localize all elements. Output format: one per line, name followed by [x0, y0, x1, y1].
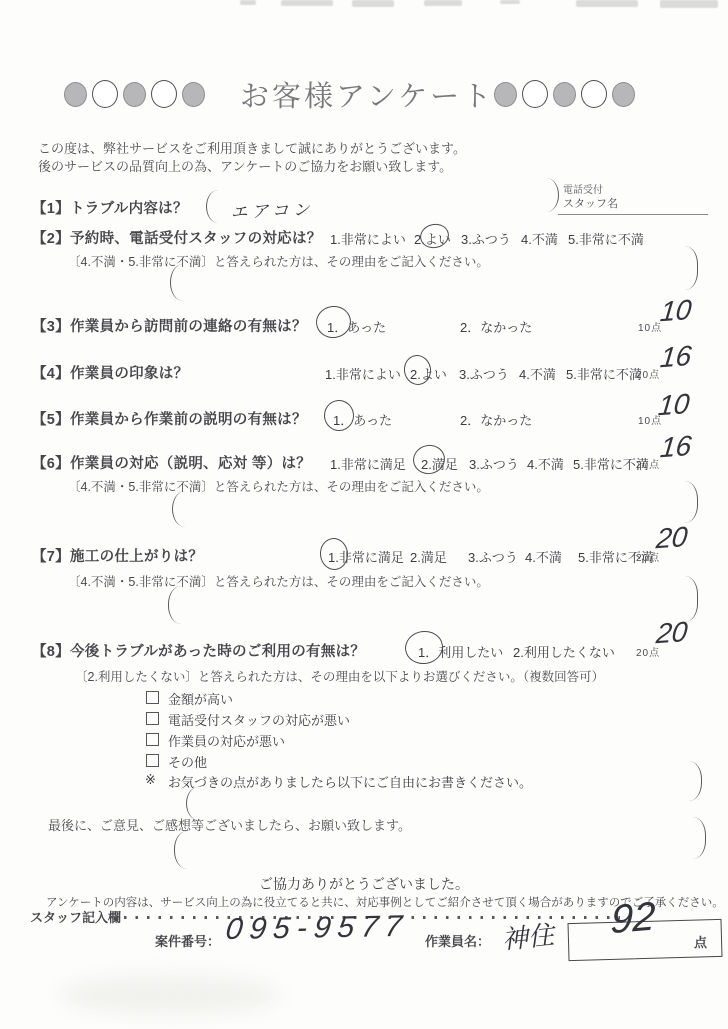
- question-8-label: 【8】今後トラブルがあった時のご利用の有無は？: [32, 640, 365, 661]
- circle-icon: [522, 80, 548, 108]
- circle-icon: [581, 80, 607, 108]
- case-number-handwritten: 095-9577: [224, 910, 411, 947]
- scan-artifact: [500, 0, 520, 4]
- q7-option-2: 2.満足: [410, 547, 447, 566]
- circle-icon: [553, 82, 576, 107]
- q4-points-label: 20点: [636, 366, 660, 381]
- question-6-label: 【6】作業員の対応（説明、応対 等）は？: [32, 452, 311, 473]
- staff-box-line2: スタッフ名: [563, 195, 618, 211]
- scan-artifact: [281, 0, 333, 6]
- intro-line-1: この度は、弊社サービスをご利用頂きまして誠にありがとうございます。: [38, 138, 466, 157]
- q7-selection-circle: [318, 537, 349, 572]
- q6-freeform-bracket-open: [172, 491, 186, 527]
- q6-option-3: 3.ふつう: [469, 454, 519, 473]
- q7-option-3: 3.ふつう: [468, 547, 518, 566]
- staff-entry-label: スタッフ記入欄: [30, 907, 121, 926]
- circle-icon: [92, 80, 118, 108]
- case-number-label: 案件番号：: [155, 931, 220, 950]
- q8-free-note: お気づきの点がありましたら以下にご自由にお書きください。: [168, 772, 532, 791]
- circle-icon: [494, 82, 517, 107]
- q8-checkbox-4-label: その他: [168, 752, 207, 771]
- q6-handwritten-score: 16: [659, 430, 693, 464]
- q8-free-note-mark: ※: [145, 772, 156, 788]
- q7-handwritten-score: 20: [655, 521, 689, 555]
- staff-box-bracket: [545, 178, 559, 212]
- q5-option-2: 2．なかった: [460, 410, 532, 429]
- q8-option-2: 2.利用したくない: [513, 642, 615, 661]
- q4-option-1: 1.非常によい: [325, 364, 401, 383]
- q8-checkbox-2-label: 電話受付スタッフの対応が悪い: [168, 710, 350, 729]
- question-5-label: 【5】作業員から作業前の説明の有無は？: [32, 408, 307, 429]
- q8-reason-note: 〔2.利用したくない〕と答えられた方は、その理由を以下よりお選びください。（複数…: [75, 667, 604, 685]
- score-handwritten: 92: [610, 894, 657, 943]
- q3-option-2: 2．なかった: [460, 317, 532, 336]
- decorative-circles-right: [494, 80, 635, 108]
- scan-smudge: [60, 975, 280, 1015]
- q8-freeform-bracket-close: [688, 761, 702, 801]
- circle-icon: [612, 82, 635, 107]
- circle-icon: [64, 82, 87, 107]
- q4-handwritten-score: 16: [659, 340, 693, 374]
- question-7-label: 【7】施工の仕上がりは？: [32, 545, 203, 566]
- scan-artifact: [352, 0, 394, 7]
- staff-name-line: [558, 214, 708, 215]
- q6-freeform-bracket-close: [684, 481, 698, 523]
- question-4-label: 【4】作業員の印象は？: [32, 362, 188, 383]
- q2-freeform-bracket-close: [684, 246, 698, 290]
- q7-freeform-bracket-open: [168, 586, 182, 624]
- survey-form-scan: お客様アンケート この度は、弊社サービスをご利用頂きまして誠にありがとうございま…: [0, 0, 728, 1029]
- answer-bracket-open: [206, 190, 220, 223]
- scan-artifact: [424, 0, 462, 6]
- q8-checkbox-2: [146, 712, 159, 725]
- question-2-label: 【2】予約時、電話受付スタッフの対応は？: [32, 227, 322, 248]
- final-prompt: 最後に、ご意見、ご感想等ございましたら、お願い致します。: [48, 815, 411, 834]
- thanks-text: ご協力ありがとうございました。: [0, 874, 728, 894]
- page-title: お客様アンケート: [240, 74, 494, 115]
- q8-checkbox-4: [146, 754, 159, 767]
- q6-option-4: 4.不満: [527, 454, 564, 473]
- q5-handwritten-score: 10: [657, 388, 691, 422]
- q6-points-label: 20点: [636, 456, 660, 471]
- score-unit: 点: [694, 932, 707, 951]
- q4-option-3: 3.ふつう: [459, 364, 509, 383]
- q2-option-4: 4.不満: [521, 229, 558, 248]
- q7-reason-note: 〔4.不満・5.非常に不満〕と答えられた方は、その理由をご記入ください。: [68, 572, 489, 590]
- staff-box-line1: 電話受付: [563, 181, 603, 196]
- final-freeform-bracket-close: [692, 817, 706, 859]
- question-3-label: 【3】作業員から訪問前の連絡の有無は？: [32, 315, 307, 336]
- q2-option-3: 3.ふつう: [461, 229, 511, 248]
- q8-checkbox-3: [146, 733, 159, 746]
- question-1-label: 【1】トラブル内容は？: [32, 197, 188, 218]
- q2-option-1: 1.非常によい: [330, 229, 406, 248]
- q2-reason-note: 〔4.不満・5.非常に不満〕と答えられた方は、その理由をご記入ください。: [68, 252, 489, 270]
- q8-checkbox-1-label: 金額が高い: [168, 689, 233, 708]
- q6-reason-note: 〔4.不満・5.非常に不満〕と答えられた方は、その理由をご記入ください。: [68, 477, 489, 495]
- final-freeform-bracket-open: [174, 831, 188, 869]
- q7-option-4: 4.不満: [525, 547, 562, 566]
- worker-name-handwritten: 神住: [500, 915, 556, 957]
- scan-artifact: [660, 0, 718, 8]
- q8-checkbox-3-label: 作業員の対応が悪い: [168, 731, 285, 750]
- q6-option-1: 1.非常に満足: [330, 454, 406, 473]
- scan-artifact: [576, 0, 638, 7]
- circle-icon: [123, 82, 146, 107]
- q8-checkbox-1: [146, 691, 159, 704]
- worker-name-label: 作業員名：: [425, 931, 490, 950]
- q4-option-4: 4.不満: [519, 364, 556, 383]
- decorative-circles-left: [64, 80, 205, 108]
- intro-line-2: 後のサービスの品質向上の為、アンケートのご協力をお願い致します。: [38, 156, 452, 175]
- q1-handwritten-answer: エアコン: [230, 195, 314, 223]
- q3-handwritten-score: 10: [659, 294, 693, 328]
- circle-icon: [182, 82, 205, 107]
- q2-option-5: 5.非常に不満: [568, 229, 644, 248]
- scan-artifact: [240, 0, 256, 5]
- circle-icon: [151, 80, 177, 108]
- q4-option-5: 5.非常に不満: [566, 364, 642, 383]
- q8-handwritten-score: 20: [655, 616, 689, 650]
- q2-freeform-bracket-open: [170, 264, 184, 301]
